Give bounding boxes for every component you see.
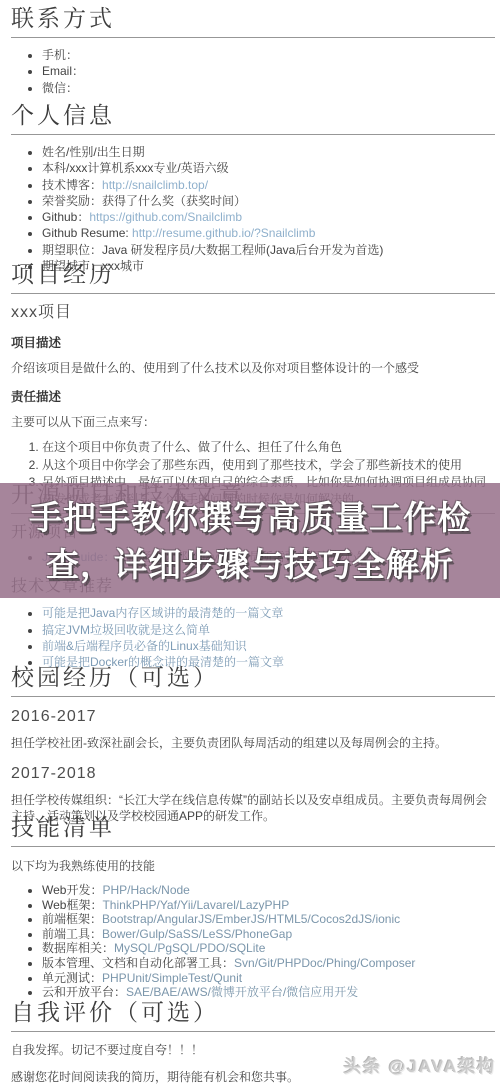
- list-item: Github Resume: http://resume.github.io/?…: [42, 225, 495, 241]
- skill-label: 数据库相关：: [42, 941, 114, 955]
- list-item: 从这个项目中你学会了那些东西，使用到了那些技术，学会了那些新技术的使用: [42, 457, 495, 474]
- list-item: 手机：: [42, 47, 495, 63]
- campus-years: 2016-2017: [11, 708, 495, 726]
- skill-value: Bower/Gulp/SaSS/LeSS/PhoneGap: [102, 927, 292, 941]
- item-label: Github Resume:: [42, 226, 132, 240]
- section-title-skills: 技能清单: [11, 815, 495, 847]
- headline-overlay-band: 手把手教你撰写高质量工作检 查，详细步骤与技巧全解析: [0, 483, 500, 598]
- personal-info-list: 姓名/性别/出生日期 本科/xxx计算机系xxx专业/英语六级 技术博客：htt…: [11, 144, 495, 274]
- skill-label: 云和开放平台：: [42, 985, 126, 999]
- skill-label: Web框架：: [42, 898, 102, 912]
- campus-entry-text: 担任学校社团-致深社副会长，主要负责团队每周活动的组建以及每周例会的主持。: [11, 735, 495, 751]
- skill-value: Svn/Git/PHPDoc/Phing/Composer: [234, 956, 415, 970]
- article-link[interactable]: 前端&后端程序员必备的Linux基础知识: [42, 639, 247, 653]
- responsibility-intro: 主要可以从下面三点来写：: [11, 414, 495, 430]
- skill-value: PHP/Hack/Node: [102, 883, 189, 897]
- section-title-personal: 个人信息: [11, 103, 495, 135]
- skills-intro: 以下均为我熟练使用的技能: [11, 858, 495, 874]
- list-item: Email：: [42, 63, 495, 79]
- project-desc-text: 介绍该项目是做什么的、使用到了什么技术以及你对项目整体设计的一个感受: [11, 360, 495, 376]
- github-resume-link[interactable]: http://resume.github.io/?Snailclimb: [132, 226, 315, 240]
- section-personal-info: 个人信息 姓名/性别/出生日期 本科/xxx计算机系xxx专业/英语六级 技术博…: [11, 103, 495, 274]
- skill-label: 前端框架：: [42, 912, 102, 926]
- list-item: 姓名/性别/出生日期: [42, 144, 495, 160]
- list-item: 荣誉奖励：获得了什么奖（获奖时间）: [42, 193, 495, 209]
- campus-years: 2017-2018: [11, 765, 495, 783]
- list-item: 在这个项目中你负责了什么、做了什么、担任了什么角色: [42, 439, 495, 456]
- list-item: 期望职位：Java 研发程序员/大数据工程师(Java后台开发为首选): [42, 242, 495, 258]
- item-label: Github：: [42, 210, 89, 224]
- item-label: 本科/xxx计算机系xxx专业/英语六级: [42, 161, 229, 175]
- github-link[interactable]: https://github.com/Snailclimb: [89, 210, 242, 224]
- blog-link[interactable]: http://snailclimb.top/: [102, 178, 208, 192]
- skill-value: Bootstrap/AngularJS/EmberJS/HTML5/Cocos2…: [102, 912, 400, 926]
- list-item: 版本管理、文档和自动化部署工具：Svn/Git/PHPDoc/Phing/Com…: [42, 956, 495, 971]
- skill-value: PHPUnit/SimpleTest/Qunit: [102, 971, 242, 985]
- section-contact: 联系方式 手机： Email： 微信：: [11, 6, 495, 96]
- list-item: 微信：: [42, 80, 495, 96]
- section-title-contact: 联系方式: [11, 6, 495, 38]
- section-title-projects: 项目经历: [11, 262, 495, 294]
- list-item: 数据库相关：MySQL/PgSQL/PDO/SQLite: [42, 941, 495, 956]
- list-item: 前端框架：Bootstrap/AngularJS/EmberJS/HTML5/C…: [42, 912, 495, 927]
- list-item: 搞定JVM垃圾回收就是这么简单: [42, 622, 495, 638]
- list-item: Web开发：PHP/Hack/Node: [42, 883, 495, 898]
- section-title-selfeval: 自我评价（可选）: [11, 1000, 495, 1032]
- section-title-campus: 校园经历（可选）: [11, 665, 495, 697]
- item-label: 荣誉奖励：获得了什么奖（获奖时间）: [42, 194, 246, 208]
- project-name: xxx项目: [11, 304, 495, 322]
- section-project-experience: 项目经历 xxx项目 项目描述 介绍该项目是做什么的、使用到了什么技术以及你对项…: [11, 262, 495, 508]
- responsibility-label: 责任描述: [11, 389, 495, 405]
- section-campus-experience: 校园经历（可选） 2016-2017 担任学校社团-致深社副会长，主要负责团队每…: [11, 665, 495, 824]
- article-link[interactable]: 可能是把Java内存区域讲的最清楚的一篇文章: [42, 606, 283, 620]
- skill-label: 前端工具：: [42, 927, 102, 941]
- headline-line-1: 手把手教你撰写高质量工作检: [29, 494, 471, 541]
- list-item: 单元测试：PHPUnit/SimpleTest/Qunit: [42, 971, 495, 986]
- item-label: 姓名/性别/出生日期: [42, 145, 145, 159]
- article-list: 可能是把Java内存区域讲的最清楚的一篇文章 搞定JVM垃圾回收就是这么简单 前…: [11, 605, 495, 670]
- article-link[interactable]: 搞定JVM垃圾回收就是这么简单: [42, 623, 210, 637]
- list-item: Web框架：ThinkPHP/Yaf/Yii/Lavarel/LazyPHP: [42, 898, 495, 913]
- list-item: 前端&后端程序员必备的Linux基础知识: [42, 638, 495, 654]
- skill-label: 版本管理、文档和自动化部署工具：: [42, 956, 234, 970]
- item-label: 期望职位：Java 研发程序员/大数据工程师(Java后台开发为首选): [42, 243, 383, 257]
- skill-label: 单元测试：: [42, 971, 102, 985]
- skills-list: Web开发：PHP/Hack/Node Web框架：ThinkPHP/Yaf/Y…: [11, 883, 495, 1000]
- watermark-toutiao-java: 头条 @JAVA架构: [344, 1052, 496, 1077]
- item-label: 技术博客：: [42, 178, 102, 192]
- list-item: 本科/xxx计算机系xxx专业/英语六级: [42, 160, 495, 176]
- project-desc-label: 项目描述: [11, 335, 495, 351]
- list-item: 云和开放平台：SAE/BAE/AWS/微博开放平台/微信应用开发: [42, 985, 495, 1000]
- list-item: 技术博客：http://snailclimb.top/: [42, 177, 495, 193]
- skill-value: ThinkPHP/Yaf/Yii/Lavarel/LazyPHP: [102, 898, 289, 912]
- headline-line-2: 查，详细步骤与技巧全解析: [46, 541, 454, 588]
- skill-value: SAE/BAE/AWS/微博开放平台/微信应用开发: [126, 985, 358, 999]
- list-item: 前端工具：Bower/Gulp/SaSS/LeSS/PhoneGap: [42, 927, 495, 942]
- list-item: Github：https://github.com/Snailclimb: [42, 209, 495, 225]
- skill-value: MySQL/PgSQL/PDO/SQLite: [114, 941, 265, 955]
- contact-list: 手机： Email： 微信：: [11, 47, 495, 96]
- section-skills: 技能清单 以下均为我熟练使用的技能 Web开发：PHP/Hack/Node We…: [11, 815, 495, 1000]
- skill-label: Web开发：: [42, 883, 102, 897]
- list-item: 可能是把Java内存区域讲的最清楚的一篇文章: [42, 605, 495, 621]
